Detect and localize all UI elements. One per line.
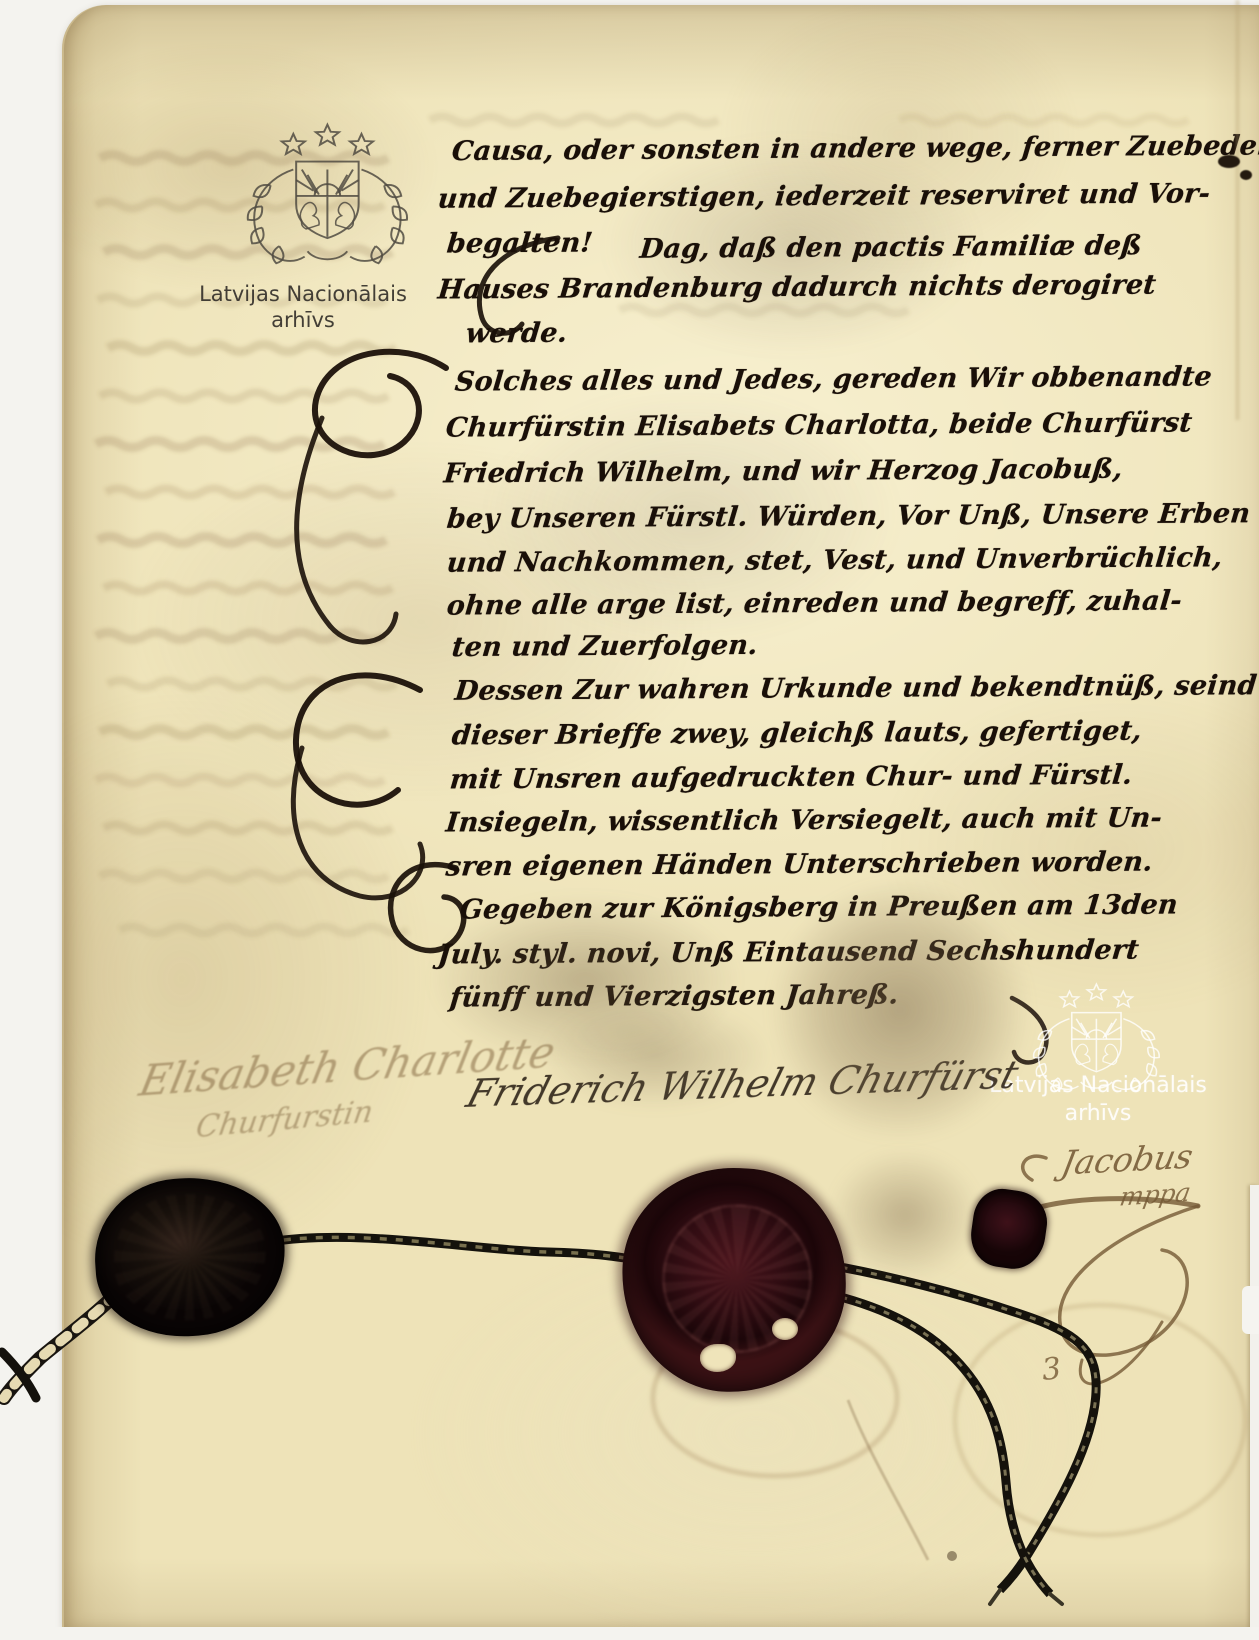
archive-watermark-top-left: Latvijas Nacionālais arhīvs <box>188 281 418 334</box>
manuscript-line: Churfürstin Elisabets Charlotta, beide C… <box>444 407 1193 443</box>
manuscript-line: sren eigenen Händen Unterschrieben worde… <box>444 847 1154 883</box>
manuscript-line: begalten! <box>445 227 594 259</box>
manuscript-line: ohne alle arge list, einreden und begref… <box>445 585 1183 621</box>
manuscript-line: werde. <box>464 318 568 350</box>
paper-crease <box>1236 0 1239 420</box>
scanner-edge-right <box>1250 1185 1259 1640</box>
archive-name-2: arhīvs <box>188 307 418 333</box>
manuscript-line: Insiegeln, wissentlich Versiegelt, auch … <box>444 802 1163 838</box>
manuscript-line: July. styl. novi, Unß Eintausend Sechshu… <box>436 935 1140 971</box>
manuscript-line: dieser Brieffe zwey, gleichß lauts, gefe… <box>450 716 1143 752</box>
ink-blot <box>1240 170 1252 180</box>
signature-jacobus: Jacobus <box>1058 1136 1196 1182</box>
signature-jacobus-mppa: mppa <box>1117 1177 1193 1211</box>
manuscript-line: Dag, daß den pactis Familiæ deß <box>638 230 1143 265</box>
manuscript-line: ten und Zuerfolgen. <box>450 630 759 663</box>
manuscript-line: und Nachkommen, stet, Vest, und Unverbrü… <box>445 542 1224 578</box>
manuscript-line: Dessen Zur wahren Urkunde und bekendtnüß… <box>453 670 1258 707</box>
manuscript-line: fünff und Vierzigsten Jahreß. <box>448 979 900 1013</box>
signature-jacobus-mark: 3 <box>1040 1351 1063 1388</box>
manuscript-line: Friedrich Wilhelm, und wir Herzog Jacobu… <box>442 454 1124 490</box>
ink-blot <box>1218 155 1240 168</box>
archive-name: Latvijas Nacionālais <box>188 281 418 307</box>
scanner-edge-bottom <box>0 1627 1259 1640</box>
scanner-bed: Latvijas Nacionālais arhīvs Latvijas Nac… <box>0 0 1259 1640</box>
manuscript-line: Gegeben zur Königsberg in Preußen am 13d… <box>458 889 1179 925</box>
paper-edge-notch <box>1242 1286 1259 1334</box>
manuscript-line: mit Unsren aufgedruckten Chur- und Fürst… <box>448 760 1133 796</box>
manuscript-line: Solches alles und Jedes, gereden Wir obb… <box>453 361 1213 397</box>
manuscript-line: und Zuebegierstigen, iederzeit reservire… <box>436 178 1211 214</box>
wax-seal-gap <box>772 1318 798 1340</box>
manuscript-line: Causa, oder sonsten in andere wege, fern… <box>450 130 1259 167</box>
manuscript-line: Hauses Brandenburg dadurch nichts derogi… <box>436 269 1157 305</box>
archive-name-2: arhīvs <box>978 1100 1218 1128</box>
manuscript-line: bey Unseren Fürstl. Würden, Vor Unß, Uns… <box>445 498 1251 535</box>
